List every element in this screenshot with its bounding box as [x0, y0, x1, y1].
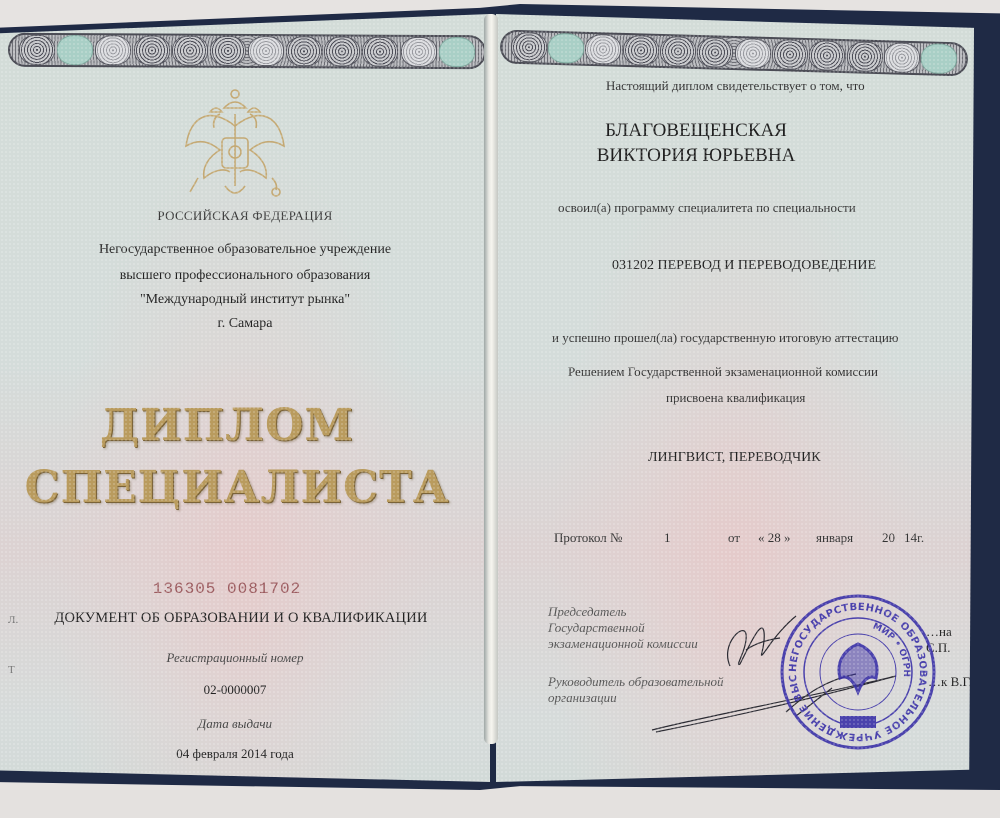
issue-date: 04 февраля 2014 года	[0, 746, 480, 762]
diploma-title: ДИПЛОМ	[0, 400, 472, 451]
protocol-day: « 28 »	[758, 530, 816, 546]
graduate-surname: БЛАГОВЕЩЕНСКАЯ	[496, 118, 896, 143]
registration-number: 02-0000007	[0, 682, 480, 698]
institution-line-2: высшего профессионального образования	[0, 268, 490, 284]
commission-decision-text: Решением Государственной экзаменационной…	[568, 364, 878, 380]
institution-city: г. Самара	[0, 316, 490, 332]
serial-number: 136305 0081702	[0, 580, 472, 598]
country-name: РОССИЙСКАЯ ФЕДЕРАЦИЯ	[0, 208, 490, 224]
protocol-line: Протокол № 1 от « 28 » января 20 14г.	[554, 530, 924, 546]
registration-label: Регистрационный номер	[0, 650, 480, 666]
protocol-month: января	[816, 530, 882, 546]
attestation-text: и успешно прошел(ла) государственную ито…	[552, 330, 899, 346]
institution-line-1: Негосударственное образовательное учрежд…	[0, 242, 490, 258]
table-surface	[0, 790, 1000, 818]
right-page: Настоящий диплом свидетельствует о том, …	[496, 14, 974, 782]
graduate-name: БЛАГОВЕЩЕНСКАЯ ВИКТОРИЯ ЮРЬЕВНА	[496, 118, 896, 168]
graduate-given-names: ВИКТОРИЯ ЮРЬЕВНА	[496, 143, 896, 168]
margin-mark: Т	[8, 664, 15, 676]
protocol-year-prefix: 20	[882, 530, 904, 546]
protocol-number: 1	[664, 530, 728, 546]
protocol-year-suffix: 14г.	[904, 530, 924, 546]
document-type: ДОКУМЕНТ ОБ ОБРАЗОВАНИИ И О КВАЛИФИКАЦИИ	[0, 610, 486, 627]
guilloche-border	[500, 29, 969, 76]
qualification-assigned-text: присвоена квалификация	[666, 390, 805, 406]
protocol-from-label: от	[728, 530, 758, 546]
left-page: РОССИЙСКАЯ ФЕДЕРАЦИЯ Негосударственное о…	[0, 14, 490, 782]
qualification: ЛИНГВИСТ, ПЕРЕВОДЧИК	[648, 450, 821, 466]
issue-date-label: Дата выдачи	[0, 716, 480, 732]
specialty: 031202 ПЕРЕВОД И ПЕРЕВОДОВЕДЕНИЕ	[612, 258, 876, 274]
diploma-subtitle: СПЕЦИАЛИСТА	[0, 462, 482, 513]
protocol-label: Протокол №	[554, 530, 664, 546]
binding-cord	[484, 14, 498, 744]
program-text: освоил(а) программу специалитета по спец…	[558, 200, 856, 216]
intro-text: Настоящий диплом свидетельствует о том, …	[606, 78, 865, 94]
official-seal-icon: НЕГОСУДАРСТВЕННОЕ ОБРАЗОВАТЕЛЬНОЕ УЧРЕЖД…	[778, 592, 938, 752]
guilloche-border	[8, 33, 486, 70]
institution-name: "Международный институт рынка"	[0, 292, 490, 308]
russian-coat-of-arms-icon	[180, 86, 290, 206]
